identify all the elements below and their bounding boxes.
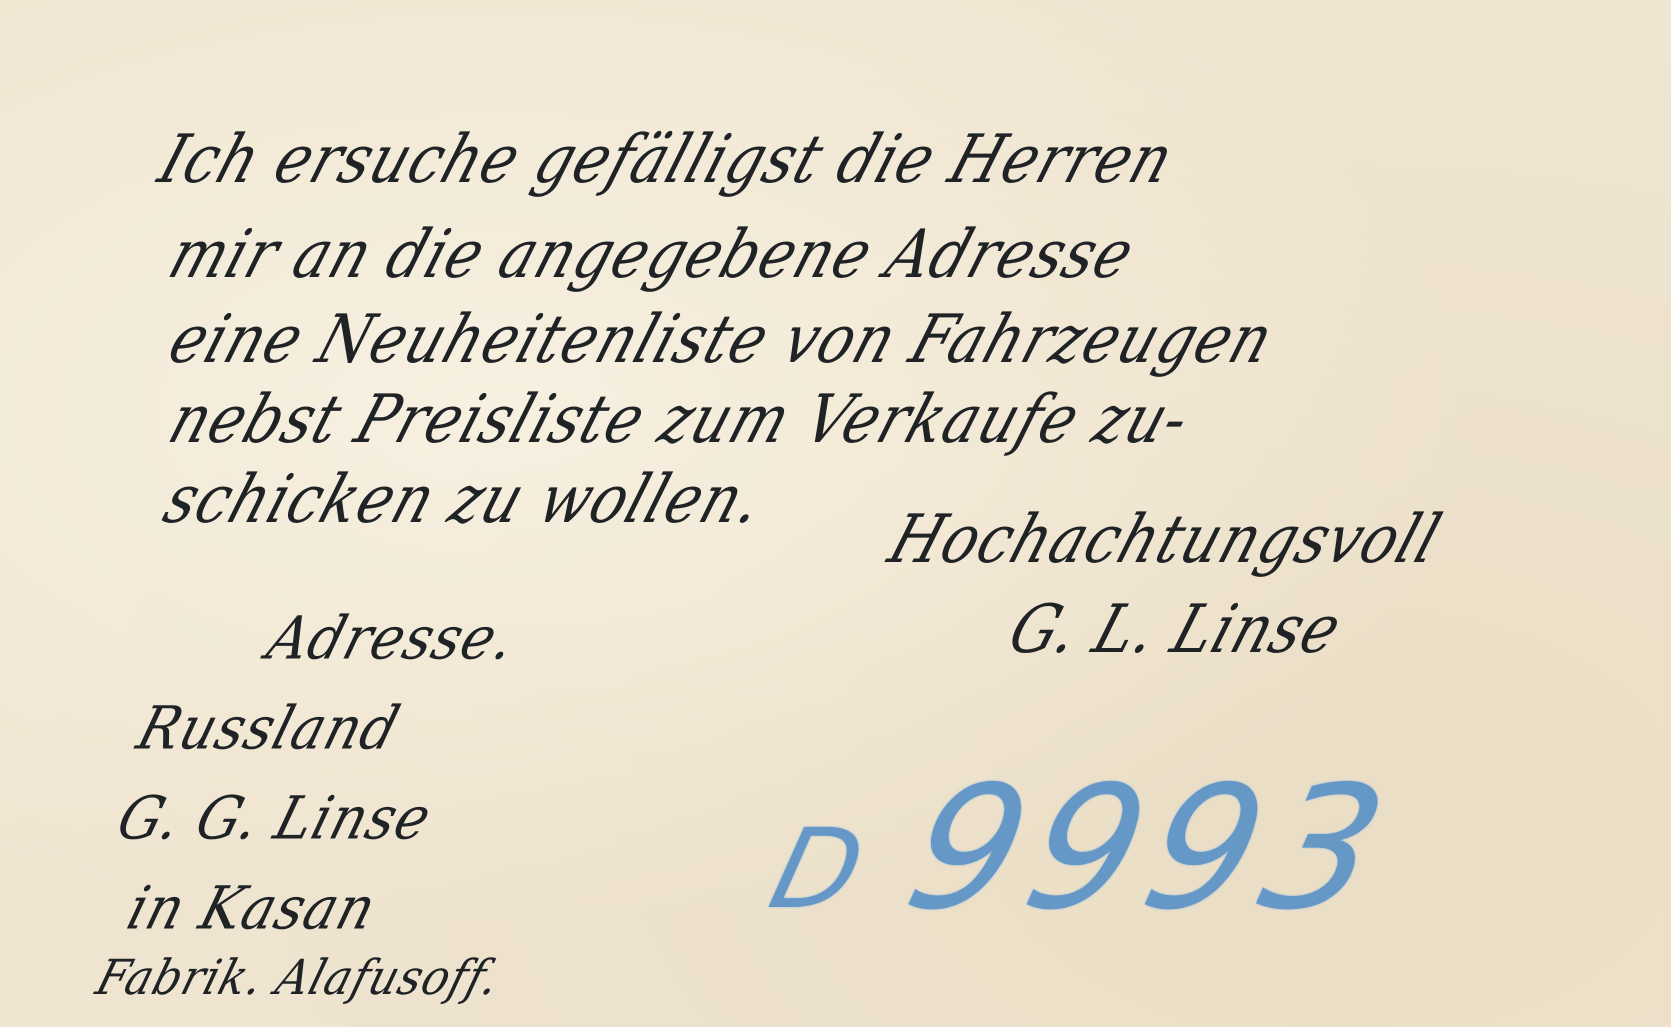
message-line-5: schicken zu wollen. <box>155 460 773 538</box>
postcard: Ich ersuche gefälligst die Herren mir an… <box>0 0 1671 1027</box>
pencil-number: 9993 <box>890 750 1412 948</box>
address-line-3: in Kasan <box>120 874 384 943</box>
closing: Hochachtungsvoll <box>880 500 1451 578</box>
address-line-1: Russland <box>130 694 408 763</box>
pencil-prefix: D <box>759 805 886 933</box>
signature: G. L. Linse <box>1000 590 1351 668</box>
address-line-4: Fabrik. Alafusoff. <box>90 950 507 1006</box>
address-line-2: G. G. Linse <box>110 784 440 853</box>
address-heading: Adresse. <box>260 604 524 673</box>
message-line-3: eine Neuheitenliste von Fahrzeugen <box>160 300 1283 378</box>
message-line-4: nebst Preisliste zum Verkaufe zu- <box>160 380 1200 458</box>
message-line-2: mir an die angegebene Adresse <box>160 215 1144 293</box>
pencil-archive-number: D9993 <box>755 750 1412 948</box>
message-line-1: Ich ersuche gefälligst die Herren <box>150 120 1184 198</box>
